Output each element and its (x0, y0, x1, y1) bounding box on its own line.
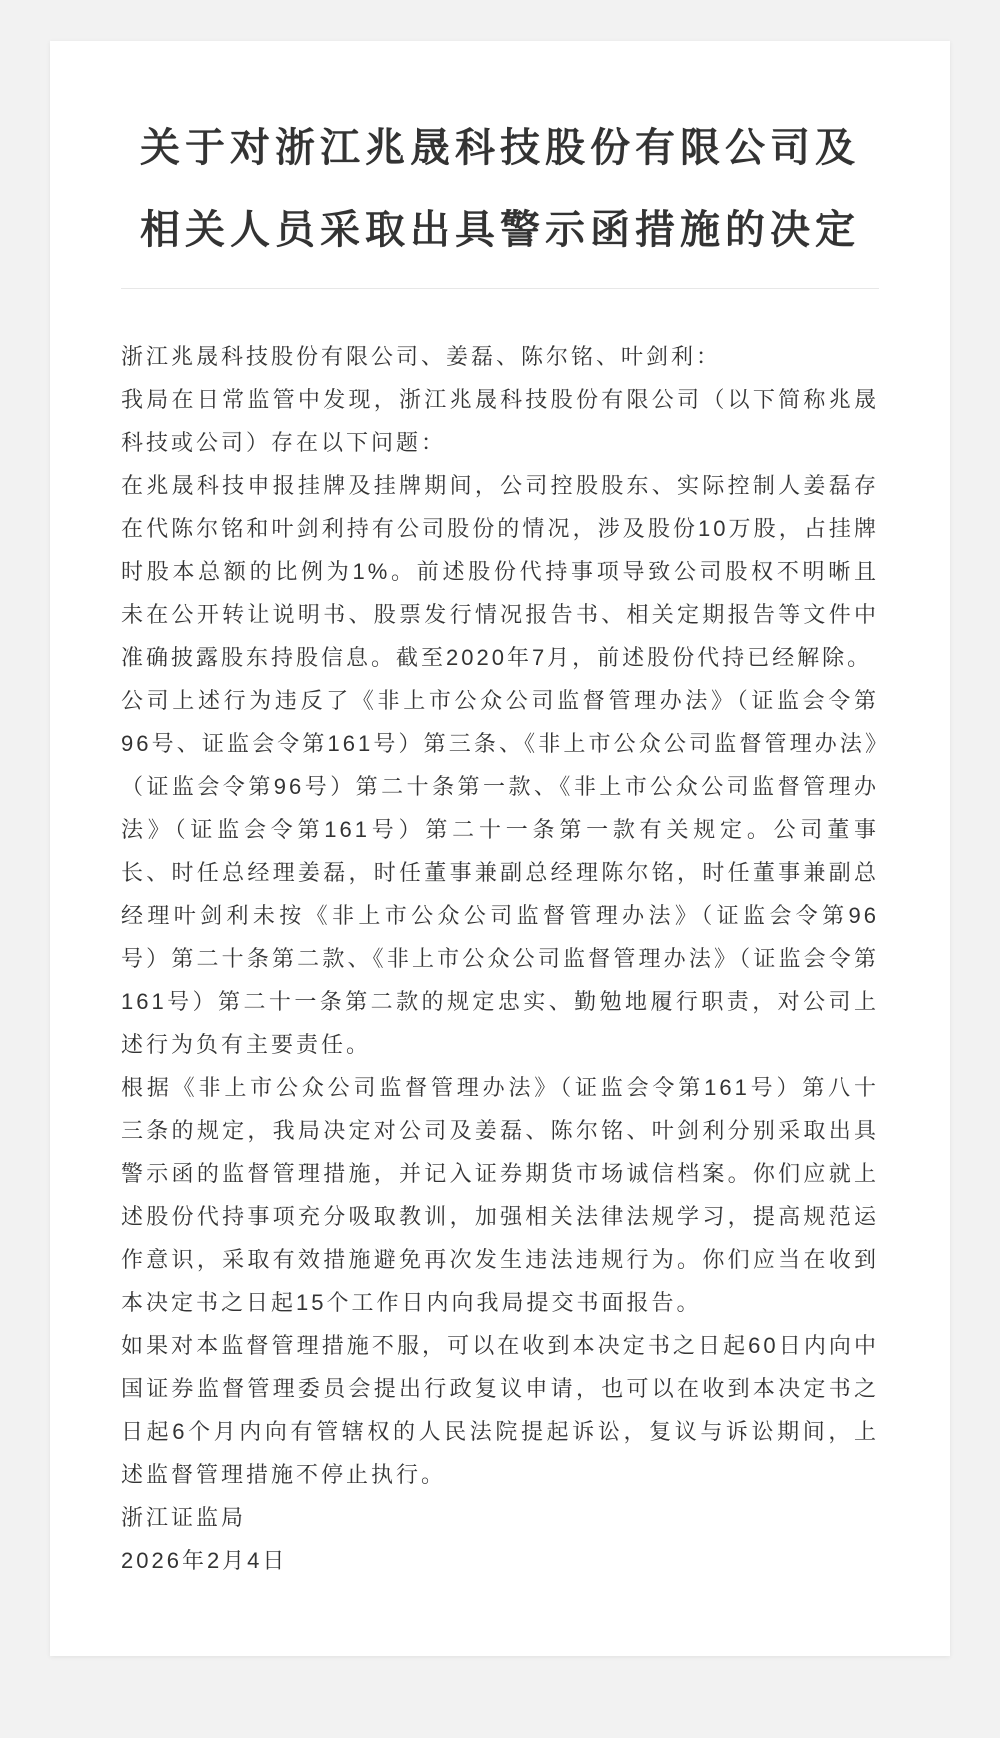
page-background: 关于对浙江兆晟科技股份有限公司及相关人员采取出具警示函措施的决定 浙江兆晟科技股… (0, 41, 1000, 1656)
document-card: 关于对浙江兆晟科技股份有限公司及相关人员采取出具警示函措施的决定 浙江兆晟科技股… (50, 41, 950, 1656)
title-divider (121, 288, 879, 289)
facts-paragraph: 在兆晟科技申报挂牌及挂牌期间，公司控股股东、实际控制人姜磊存在代陈尔铭和叶剑利持… (121, 464, 879, 679)
issue-date: 2026年2月4日 (121, 1539, 879, 1582)
issuer-signature: 浙江证监局 (121, 1496, 879, 1539)
decision-paragraph: 根据《非上市公众公司监督管理办法》（证监会令第161号）第八十三条的规定，我局决… (121, 1066, 879, 1324)
intro-paragraph: 我局在日常监管中发现，浙江兆晟科技股份有限公司（以下简称兆晟科技或公司）存在以下… (121, 378, 879, 464)
recipients-line: 浙江兆晟科技股份有限公司、姜磊、陈尔铭、叶剑利： (121, 335, 879, 378)
appeal-paragraph: 如果对本监督管理措施不服，可以在收到本决定书之日起60日内向中国证券监督管理委员… (121, 1324, 879, 1496)
document-body: 浙江兆晟科技股份有限公司、姜磊、陈尔铭、叶剑利： 我局在日常监管中发现，浙江兆晟… (121, 335, 879, 1582)
violation-paragraph: 公司上述行为违反了《非上市公众公司监督管理办法》（证监会令第96号、证监会令第1… (121, 679, 879, 1066)
document-title: 关于对浙江兆晟科技股份有限公司及相关人员采取出具警示函措施的决定 (121, 107, 879, 271)
